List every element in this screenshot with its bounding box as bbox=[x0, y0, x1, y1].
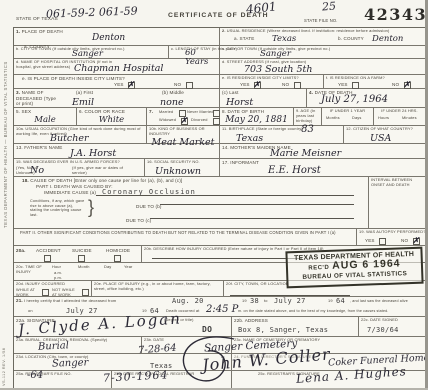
field-street-address: d. STREET ADDRESS (If rural, give locati… bbox=[220, 59, 426, 75]
x-mark: ✗ bbox=[181, 115, 188, 125]
field-father-name: 13. FATHER'S NAME J.A. Horst bbox=[14, 144, 220, 159]
middle-name-label: (b) Middle bbox=[162, 90, 184, 96]
residence-county-value: Denton bbox=[372, 35, 403, 44]
field-usual-residence: 2. USUAL RESIDENCE (Where deceased lived… bbox=[220, 28, 426, 46]
citizen-label: 12. CITIZEN OF WHAT COUNTRY? bbox=[346, 127, 423, 132]
field-last-name: (c) Last Horst bbox=[220, 89, 307, 108]
business-label: 10b. KIND OF BUSINESS OR INDUSTRY bbox=[149, 127, 217, 137]
age-label: 9. AGE (In years last birthday) bbox=[296, 109, 319, 124]
ssn-value: Unknown bbox=[155, 167, 201, 177]
certify-on-word: on bbox=[28, 309, 33, 314]
place-city-value: Sanger bbox=[72, 50, 103, 59]
residence-limits-no-checkbox bbox=[294, 82, 301, 89]
burial-method-value: Burial bbox=[38, 340, 69, 353]
due-b-line bbox=[160, 198, 354, 205]
residence-limits-label: e. IS RESIDENCE INSIDE CITY LIMITS? bbox=[222, 76, 321, 81]
field-place-city: b. CITY OR TOWN (If outside city limits,… bbox=[14, 46, 169, 59]
injury-line bbox=[152, 252, 302, 259]
due-to-c-label: DUE TO (c) bbox=[126, 218, 151, 224]
never-married-checkbox bbox=[213, 110, 220, 117]
field-certification: 21. I hereby certify that I attended the… bbox=[14, 297, 426, 317]
suicide-checkbox bbox=[78, 255, 85, 262]
year-label: Year bbox=[124, 265, 132, 270]
place-of-injury-label: 20e. PLACE OF INJURY (e.g., in or about … bbox=[94, 282, 220, 292]
field-occupation: 10a. USUAL OCCUPATION (Give kind of work… bbox=[14, 126, 147, 144]
field-citizen: 12. CITIZEN OF WHAT COUNTRY? USA bbox=[344, 126, 426, 144]
certify-text1: I hereby certify that I attended the dec… bbox=[24, 299, 116, 304]
place-county-value: Denton bbox=[92, 34, 125, 43]
divorced-checkbox bbox=[213, 118, 220, 125]
widowed-checkbox: ✗ bbox=[181, 118, 188, 125]
autopsy-yes-checkbox bbox=[379, 238, 386, 245]
residence-state-label: a. STATE bbox=[234, 36, 254, 42]
farm-no-label: NO bbox=[392, 82, 399, 88]
item-7-number: 7. bbox=[149, 109, 153, 115]
time-of-death-value: 2:45 P bbox=[206, 305, 238, 315]
date-of-birth-label: 8. DATE OF BIRTH bbox=[222, 109, 291, 115]
residence-city-label: c. CITY OR TOWN (If outside city limits,… bbox=[222, 47, 423, 52]
item-21-number: 21. bbox=[16, 298, 23, 304]
x-mark: ✗ bbox=[254, 79, 261, 89]
field-date-of-death: 4. DATE OF DEATH July 27, 1964 bbox=[307, 89, 426, 108]
alive-on-date: July 27 bbox=[66, 307, 98, 315]
x-mark: ✗ bbox=[413, 235, 420, 245]
item-4-number: 4. bbox=[309, 90, 313, 95]
residence-city-value: Sanger bbox=[260, 50, 291, 59]
field-residence-city: c. CITY OR TOWN (If outside city limits,… bbox=[220, 46, 426, 59]
margin-dept-label: TEXAS DEPARTMENT OF HEALTH — BUREAU OF V… bbox=[3, 58, 8, 228]
field-age: 9. AGE (In years last birthday) 83 bbox=[294, 108, 322, 126]
race-label: 6. COLOR OR RACE bbox=[79, 109, 144, 115]
field-name-of-deceased: 3. NAME OF DECEASED (Type or print) (a) … bbox=[14, 89, 220, 108]
field-length-of-stay: c. LENGTH OF STAY (in this place) 60 Yea… bbox=[169, 46, 220, 59]
certify-alive-text: , and last saw the deceased alive bbox=[350, 299, 408, 303]
item-2-number: 2. bbox=[222, 28, 226, 33]
hospital-value: Chapman Hospital bbox=[74, 64, 163, 74]
attended-to-date: July 27 bbox=[274, 297, 306, 305]
burial-location-city: Sanger bbox=[52, 357, 89, 369]
received-stamp: TEXAS DEPARTMENT OF HEALTH REC'DAUG 6 19… bbox=[285, 247, 423, 289]
field-mother-name: 14. MOTHER'S MAIDEN NAME Marie Meisner bbox=[220, 144, 426, 159]
date-of-death-value: July 27, 1964 bbox=[321, 95, 388, 105]
day-label: Day bbox=[104, 265, 111, 270]
address-label: 22b. ADDRESS bbox=[234, 318, 356, 324]
date-signed-label: 22c. DATE SIGNED bbox=[361, 318, 423, 323]
field-20d: 20d. INJURY OCCURRED WHILE AT WORK NOT W… bbox=[14, 281, 92, 297]
informant-label: 17. INFORMANT bbox=[222, 160, 423, 166]
residence-county-label: b. COUNTY bbox=[338, 36, 364, 42]
field-under-24-hrs: IF UNDER 24 HRS. Hours Minutes bbox=[374, 108, 426, 126]
due-c-line bbox=[150, 212, 354, 219]
death-limits-yes-label: YES bbox=[114, 82, 124, 88]
first-name-label: (a) First bbox=[76, 90, 93, 96]
never-married-label: Never Married bbox=[187, 110, 214, 115]
handwritten-file-code: 061-59-2 061-59 bbox=[46, 4, 138, 20]
widowed-label: Widowed bbox=[159, 118, 176, 123]
item-18-number: 18. bbox=[22, 178, 29, 183]
attended-to-year: 64 bbox=[336, 297, 345, 305]
homicide-label: HOMICIDE bbox=[106, 248, 130, 254]
margin-form-number: VS-112 REV. 1/58 bbox=[2, 330, 6, 386]
field-hospital: d. NAME OF HOSPITAL OR INSTITUTION (If n… bbox=[14, 59, 220, 75]
field-under-1-year: IF UNDER 1 YEAR Months Days bbox=[322, 108, 374, 126]
field-death-city-limits: e. IS PLACE OF DEATH INSIDE CITY LIMITS?… bbox=[14, 75, 220, 89]
informant-value: E.E. Horst bbox=[268, 166, 321, 176]
certify-19a: 19 bbox=[242, 299, 247, 304]
item-3-number: 3. bbox=[16, 90, 20, 95]
state-file-no-label: STATE FILE NO. bbox=[304, 18, 338, 23]
x-mark: ✗ bbox=[128, 79, 135, 89]
field-sex: 5. SEX Male bbox=[14, 108, 77, 126]
field-informant: 17. INFORMANT E.E. Horst bbox=[220, 159, 426, 177]
attended-from-year: 38 bbox=[250, 297, 259, 305]
date-signed-value: 7/30/64 bbox=[367, 326, 399, 334]
accident-checkbox bbox=[44, 255, 51, 262]
cause-a-line bbox=[96, 189, 354, 196]
autopsy-yes-label: YES bbox=[365, 238, 375, 244]
hours-label: Hours bbox=[378, 116, 389, 121]
ssn-label: 16. SOCIAL SECURITY NO. bbox=[147, 160, 217, 165]
autopsy-no-label: NO bbox=[401, 238, 408, 244]
birthplace-label: 11. BIRTHPLACE (State or foreign country… bbox=[222, 127, 341, 132]
farm-yes-checkbox bbox=[352, 82, 359, 89]
name-of-deceased-label: NAME OF DECEASED (Type or print) bbox=[16, 90, 56, 106]
certify-to-word: to bbox=[264, 299, 268, 304]
homicide-checkbox bbox=[114, 255, 121, 262]
handwritten-25: 25 bbox=[322, 0, 337, 13]
months-label: Months bbox=[326, 116, 340, 121]
accident-label: ACCIDENT bbox=[36, 248, 61, 254]
place-of-death-label: PLACE OF DEATH bbox=[22, 29, 63, 34]
divorced-label: Divorced bbox=[191, 118, 208, 123]
interval-column: INTERVAL BETWEEN ONSET AND DEATH bbox=[368, 177, 425, 229]
item-20a-number: 20a. bbox=[16, 248, 26, 254]
field-physician-address: 22b. ADDRESS Box 8, Sanger, Texas bbox=[232, 317, 359, 337]
stamp-recd: REC'D bbox=[308, 265, 329, 272]
autopsy-no-checkbox: ✗ bbox=[413, 238, 420, 245]
field-race: 6. COLOR OR RACE White bbox=[77, 108, 147, 126]
residence-limits-yes-label: YES bbox=[240, 82, 250, 88]
death-certificate-scan: STATE OF TEXAS 061-59-2 061-59 CERTIFICA… bbox=[0, 0, 428, 390]
citizen-value: USA bbox=[370, 134, 391, 144]
x-mark: ✗ bbox=[404, 79, 411, 89]
residence-limits-no-label: NO bbox=[282, 82, 289, 88]
field-business: 10b. KIND OF BUSINESS OR INDUSTRY Meat M… bbox=[147, 126, 220, 144]
injury-city-line bbox=[230, 289, 350, 296]
item-1-number: 1. bbox=[16, 29, 20, 34]
conditions-brace: } bbox=[88, 197, 94, 218]
farm-yes-label: YES bbox=[338, 82, 348, 88]
immediate-cause-label: IMMEDIATE CAUSE (a) bbox=[44, 190, 96, 196]
field-20e: 20e. PLACE OF INJURY (e.g., in or about … bbox=[92, 281, 224, 297]
under-24-hrs-label: IF UNDER 24 HRS. bbox=[376, 109, 423, 114]
race-value: White bbox=[79, 116, 144, 125]
sex-label: 5. SEX bbox=[16, 109, 74, 115]
field-place-of-death: 1. PLACE OF DEATH a. COUNTY Denton bbox=[14, 28, 220, 46]
father-name-value: J.A. Horst bbox=[70, 149, 116, 159]
suicide-label: SUICIDE bbox=[72, 248, 92, 254]
middle-name-value: none bbox=[160, 98, 184, 108]
certify-rest-text: m. on the date stated above, and to the … bbox=[238, 309, 388, 313]
minutes-label: Minutes bbox=[402, 116, 417, 121]
residence-limits-yes-checkbox: ✗ bbox=[254, 82, 261, 89]
days-label: Days bbox=[352, 116, 361, 121]
month-label: Month bbox=[78, 265, 90, 270]
interval-label: INTERVAL BETWEEN ONSET AND DEATH bbox=[371, 178, 423, 188]
field-date-of-birth: 8. DATE OF BIRTH May 20, 1881 bbox=[220, 108, 294, 126]
sex-value: Male bbox=[16, 116, 74, 125]
stamp-date: AUG 6 1964 bbox=[332, 257, 401, 271]
field-armed-forces: 15. WAS DECEASED EVER IN U.S. ARMED FORC… bbox=[14, 159, 145, 177]
last-name-label: (c) Last bbox=[222, 90, 304, 96]
field-date-signed: 22c. DATE SIGNED 7/30/64 bbox=[359, 317, 426, 337]
armed-forces-value: No bbox=[30, 166, 44, 176]
field-ssn: 16. SOCIAL SECURITY NO. Unknown bbox=[145, 159, 220, 177]
mother-name-value: Marie Meisner bbox=[270, 149, 341, 159]
not-while-at-work-checkbox bbox=[82, 289, 89, 296]
field-residence-city-limits: e. IS RESIDENCE INSIDE CITY LIMITS? YES … bbox=[220, 75, 324, 89]
death-limits-no-label: NO bbox=[174, 82, 181, 88]
address-value: Box 8, Sanger, Texas bbox=[238, 326, 328, 334]
married-label: Married bbox=[159, 110, 173, 115]
first-name-value: Emil bbox=[72, 98, 94, 108]
street-address-value: 703 South 5th bbox=[244, 65, 312, 75]
field-cause-of-death: 18. CAUSE OF DEATH [Enter only one cause… bbox=[14, 177, 426, 229]
death-limits-no-checkbox bbox=[186, 82, 193, 89]
due-to-b-label: DUE TO (b) bbox=[136, 204, 162, 210]
registrar-file-no-value: -64 bbox=[27, 370, 43, 381]
field-birthplace: 11. BIRTHPLACE (State or foreign country… bbox=[220, 126, 344, 144]
burial-method-label: 23a. BURIAL, CREMATION, REMOVAL (Specify… bbox=[16, 338, 139, 343]
birthplace-value: Texas bbox=[236, 134, 263, 144]
field-burial-method: 23a. BURIAL, CREMATION, REMOVAL (Specify… bbox=[14, 337, 142, 354]
conditions-note: Conditions, if any, which gave rise to a… bbox=[30, 199, 86, 218]
cause-of-death-label: CAUSE OF DEATH [Enter only one cause per… bbox=[30, 178, 182, 183]
attended-from-date: Aug. 20 bbox=[172, 297, 204, 305]
field-20a: 20a. ACCIDENT SUICIDE HOMICIDE bbox=[14, 246, 142, 263]
certify-19b: 19 bbox=[328, 299, 333, 304]
death-limits-yes-checkbox: ✗ bbox=[128, 82, 135, 89]
while-at-work-checkbox bbox=[42, 289, 49, 296]
handwritten-number: 4601 bbox=[245, 0, 277, 17]
usual-residence-label: USUAL RESIDENCE (Where deceased lived. I… bbox=[227, 28, 390, 33]
field-residence-farm: f. IS RESIDENCE ON A FARM? YES NO ✗ bbox=[324, 75, 426, 89]
occupation-value: Butcher bbox=[50, 134, 89, 144]
last-name-value: Horst bbox=[226, 98, 253, 108]
field-part2: PART II. OTHER SIGNIFICANT CONDITIONS CO… bbox=[14, 229, 357, 246]
date-of-birth-value: May 20, 1881 bbox=[222, 116, 291, 125]
certificate-number: 42343 bbox=[364, 5, 427, 24]
field-marital-status: 7. Married Never Married Widowed ✗ Divor… bbox=[147, 108, 220, 126]
under-1-year-label: IF UNDER 1 YEAR bbox=[324, 109, 371, 114]
armed-forces-sub2-label: (If yes, give war or dates of service) bbox=[72, 166, 136, 176]
time-of-injury-label: 20c. TIME OF INJURY bbox=[16, 265, 44, 275]
residence-state-value: Texas bbox=[272, 35, 296, 44]
death-city-limits-label: e. IS PLACE OF DEATH INSIDE CITY LIMITS? bbox=[22, 76, 217, 82]
field-autopsy: 19. WAS AUTOPSY PERFORMED? YES NO ✗ bbox=[357, 229, 426, 246]
father-name-label: 13. FATHER'S NAME bbox=[16, 145, 217, 151]
farm-no-checkbox: ✗ bbox=[404, 82, 411, 89]
part2-label: PART II. OTHER SIGNIFICANT CONDITIONS CO… bbox=[20, 230, 354, 235]
